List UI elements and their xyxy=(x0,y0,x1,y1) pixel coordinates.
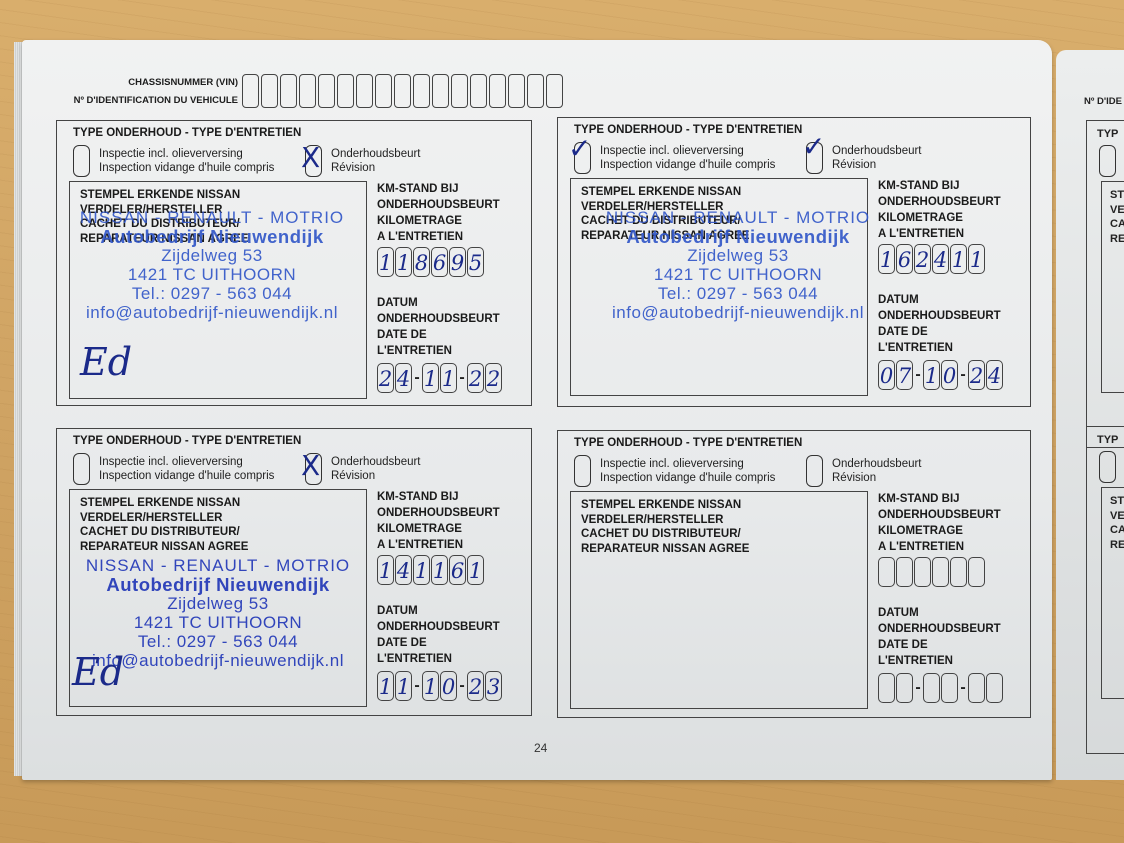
vin-char-box[interactable] xyxy=(470,74,487,108)
stamp-company-name: Autobedrijf Nieuwendijk xyxy=(52,227,372,246)
date-separator: - xyxy=(959,360,967,390)
vin-char-box[interactable] xyxy=(394,74,411,108)
right-page-card-bottom: TYP ST VE CA RE xyxy=(1086,426,1124,754)
vin-char-box[interactable] xyxy=(318,74,335,108)
km-digit[interactable]: 6 xyxy=(896,244,913,274)
km-digit-boxes[interactable]: 118695 xyxy=(377,247,484,277)
dealer-stamp-area: STEMPEL ERKENDE NISSAN VERDELER/HERSTELL… xyxy=(570,491,868,709)
vin-char-box[interactable] xyxy=(546,74,563,108)
km-digit-boxes[interactable]: 141161 xyxy=(377,555,484,585)
date-digit[interactable] xyxy=(986,673,1003,703)
vin-char-box[interactable] xyxy=(280,74,297,108)
vin-char-box[interactable] xyxy=(451,74,468,108)
km-digit[interactable] xyxy=(896,557,913,587)
stamp-email: info@autobedrijf-nieuwendijk.nl xyxy=(52,303,372,322)
date-digit[interactable]: 2 xyxy=(467,671,484,701)
service-check-mark: ✓ xyxy=(802,130,825,163)
date-digit[interactable]: 0 xyxy=(878,360,895,390)
right-card-checkbox[interactable] xyxy=(1099,145,1116,177)
vin-input-boxes[interactable] xyxy=(242,74,563,108)
km-digit[interactable] xyxy=(878,557,895,587)
dealer-stamp: NISSAN - RENAULT - MOTRIO Autobedrijf Ni… xyxy=(52,208,372,322)
vin-label-fr: Nº D'IDENTIFICATION DU VEHICULE xyxy=(40,95,238,106)
km-digit[interactable]: 1 xyxy=(377,555,394,585)
stamp-company-name: Autobedrijf Nieuwendijk xyxy=(578,227,898,246)
km-label: KM-STAND BIJ ONDERHOUDSBEURT KILOMETRAGE… xyxy=(377,489,500,553)
date-digit[interactable]: 1 xyxy=(923,360,940,390)
stamp-brands: NISSAN - RENAULT - MOTRIO xyxy=(578,208,898,227)
vin-char-box[interactable] xyxy=(356,74,373,108)
dealer-stamp: NISSAN - RENAULT - MOTRIO Autobedrijf Ni… xyxy=(578,208,898,322)
signature: Ed xyxy=(80,340,132,384)
km-digit[interactable]: 2 xyxy=(914,244,931,274)
date-digit[interactable]: 1 xyxy=(422,671,439,701)
km-digit[interactable] xyxy=(950,557,967,587)
vin-char-box[interactable] xyxy=(337,74,354,108)
right-card-stamp-area: ST VE CA RE xyxy=(1101,487,1124,699)
inspection-option-label: Inspectie incl. olieverversing Inspectio… xyxy=(600,144,775,172)
card-title: TYPE ONDERHOUD - TYPE D'ENTRETIEN xyxy=(574,124,802,136)
right-page-vin-label: Nº D'IDE xyxy=(1084,96,1122,107)
date-separator: - xyxy=(458,671,466,701)
stamp-brands: NISSAN - RENAULT - MOTRIO xyxy=(52,208,372,227)
stamp-city: 1421 TC UITHOORN xyxy=(578,265,898,284)
km-digit[interactable]: 1 xyxy=(950,244,967,274)
date-digit[interactable]: 1 xyxy=(377,671,394,701)
inspection-checkbox[interactable] xyxy=(73,145,90,177)
km-digit[interactable]: 1 xyxy=(395,247,412,277)
stamp-phone: Tel.: 0297 - 563 044 xyxy=(58,632,378,651)
km-digit[interactable]: 6 xyxy=(449,555,466,585)
date-separator: - xyxy=(413,671,421,701)
right-card-title: TYP xyxy=(1097,128,1118,140)
inspection-checkbox[interactable] xyxy=(73,453,90,485)
stamp-phone: Tel.: 0297 - 563 044 xyxy=(578,284,898,303)
km-digit[interactable] xyxy=(932,557,949,587)
date-label: DATUM ONDERHOUDSBEURT DATE DE L'ENTRETIE… xyxy=(878,605,1001,669)
vin-label-nl: CHASSISNUMMER (VIN) xyxy=(40,77,238,88)
date-separator: - xyxy=(959,673,967,703)
km-digit-boxes[interactable] xyxy=(878,557,985,587)
right-card-checkbox[interactable] xyxy=(1099,451,1116,483)
stamp-area-label: STEMPEL ERKENDE NISSAN VERDELER/HERSTELL… xyxy=(80,496,248,554)
date-digit-boxes[interactable]: -- xyxy=(878,673,1003,703)
km-digit[interactable]: 4 xyxy=(932,244,949,274)
km-digit[interactable]: 5 xyxy=(467,247,484,277)
date-digit[interactable]: 0 xyxy=(440,671,457,701)
right-page: Nº D'IDE TYP ST VE CA RE TYP ST VE CA RE xyxy=(1056,50,1124,780)
vin-char-box[interactable] xyxy=(489,74,506,108)
right-card-stamp-label: ST VE CA RE xyxy=(1110,188,1124,246)
right-card-stamp-label: ST VE CA RE xyxy=(1110,494,1124,552)
vin-char-box[interactable] xyxy=(299,74,316,108)
vin-char-box[interactable] xyxy=(261,74,278,108)
inspection-option-label: Inspectie incl. olieverversing Inspectio… xyxy=(99,147,274,175)
km-digit[interactable]: 4 xyxy=(395,555,412,585)
date-digit[interactable]: 1 xyxy=(440,363,457,393)
service-check-mark: X xyxy=(301,141,320,174)
right-page-card-top: TYP ST VE CA RE xyxy=(1086,120,1124,448)
service-option-label: Onderhoudsbeurt Révision xyxy=(832,144,922,172)
date-digit[interactable]: 2 xyxy=(377,363,394,393)
card-title: TYPE ONDERHOUD - TYPE D'ENTRETIEN xyxy=(574,437,802,449)
service-check-mark: X xyxy=(301,449,320,482)
vin-char-box[interactable] xyxy=(375,74,392,108)
card-title: TYPE ONDERHOUD - TYPE D'ENTRETIEN xyxy=(73,127,301,139)
date-digit-boxes[interactable]: 11-10-23 xyxy=(377,671,502,701)
date-digit-boxes[interactable]: 07-10-24 xyxy=(878,360,1003,390)
stamp-street: Zijdelweg 53 xyxy=(52,246,372,265)
date-digit[interactable]: 1 xyxy=(395,671,412,701)
date-digit[interactable]: 7 xyxy=(896,360,913,390)
inspection-check-mark: ✓ xyxy=(568,132,591,165)
vin-char-box[interactable] xyxy=(508,74,525,108)
stamp-email: info@autobedrijf-nieuwendijk.nl xyxy=(578,303,898,322)
vin-char-box[interactable] xyxy=(242,74,259,108)
stamp-phone: Tel.: 0297 - 563 044 xyxy=(52,284,372,303)
km-digit[interactable]: 9 xyxy=(449,247,466,277)
date-digit[interactable]: 3 xyxy=(485,671,502,701)
km-digit[interactable]: 1 xyxy=(377,247,394,277)
stamp-city: 1421 TC UITHOORN xyxy=(52,265,372,284)
stamp-street: Zijdelweg 53 xyxy=(58,594,378,613)
km-digit[interactable]: 1 xyxy=(968,244,985,274)
stamp-area-label: STEMPEL ERKENDE NISSAN VERDELER/HERSTELL… xyxy=(581,498,749,556)
service-checkbox[interactable] xyxy=(806,455,823,487)
date-digit[interactable] xyxy=(896,673,913,703)
date-digit[interactable]: 2 xyxy=(485,363,502,393)
inspection-option-label: Inspectie incl. olieverversing Inspectio… xyxy=(600,457,775,485)
date-digit[interactable]: 2 xyxy=(968,360,985,390)
service-option-label: Onderhoudsbeurt Révision xyxy=(331,147,421,175)
right-card-title: TYP xyxy=(1097,434,1118,446)
km-digit[interactable] xyxy=(968,557,985,587)
inspection-option-label: Inspectie incl. olieverversing Inspectio… xyxy=(99,455,274,483)
km-digit[interactable] xyxy=(914,557,931,587)
date-digit[interactable] xyxy=(941,673,958,703)
date-separator: - xyxy=(914,360,922,390)
date-digit[interactable]: 1 xyxy=(422,363,439,393)
service-option-label: Onderhoudsbeurt Révision xyxy=(331,455,421,483)
km-label: KM-STAND BIJ ONDERHOUDSBEURT KILOMETRAGE… xyxy=(377,181,500,245)
date-label: DATUM ONDERHOUDSBEURT DATE DE L'ENTRETIE… xyxy=(377,603,500,667)
service-option-label: Onderhoudsbeurt Révision xyxy=(832,457,922,485)
card-title: TYPE ONDERHOUD - TYPE D'ENTRETIEN xyxy=(73,435,301,447)
date-label: DATUM ONDERHOUDSBEURT DATE DE L'ENTRETIE… xyxy=(377,295,500,359)
km-label: KM-STAND BIJ ONDERHOUDSBEURT KILOMETRAGE… xyxy=(878,491,1001,555)
date-digit[interactable]: 4 xyxy=(395,363,412,393)
stamp-street: Zijdelweg 53 xyxy=(578,246,898,265)
km-digit[interactable]: 8 xyxy=(413,247,430,277)
inspection-checkbox[interactable] xyxy=(574,455,591,487)
date-digit[interactable] xyxy=(878,673,895,703)
right-card-stamp-area: ST VE CA RE xyxy=(1101,181,1124,393)
date-separator: - xyxy=(413,363,421,393)
date-digit[interactable] xyxy=(968,673,985,703)
vin-char-box[interactable] xyxy=(527,74,544,108)
vin-char-box[interactable] xyxy=(432,74,449,108)
stamp-brands: NISSAN - RENAULT - MOTRIO xyxy=(58,556,378,575)
km-digit[interactable]: 1 xyxy=(467,555,484,585)
maintenance-entry-bottom-right: TYPE ONDERHOUD - TYPE D'ENTRETIEN Inspec… xyxy=(557,430,1031,718)
signature: Ed xyxy=(72,650,124,694)
date-separator: - xyxy=(458,363,466,393)
km-digit[interactable]: 1 xyxy=(431,555,448,585)
date-separator: - xyxy=(914,673,922,703)
date-digit[interactable]: 4 xyxy=(986,360,1003,390)
km-digit[interactable]: 1 xyxy=(413,555,430,585)
km-digit[interactable]: 6 xyxy=(431,247,448,277)
page-number: 24 xyxy=(534,741,547,755)
stamp-company-name: Autobedrijf Nieuwendijk xyxy=(58,575,378,594)
date-digit[interactable]: 0 xyxy=(941,360,958,390)
vin-char-box[interactable] xyxy=(413,74,430,108)
date-digit[interactable] xyxy=(923,673,940,703)
stamp-city: 1421 TC UITHOORN xyxy=(58,613,378,632)
date-digit-boxes[interactable]: 24-11-22 xyxy=(377,363,502,393)
date-digit[interactable]: 2 xyxy=(467,363,484,393)
